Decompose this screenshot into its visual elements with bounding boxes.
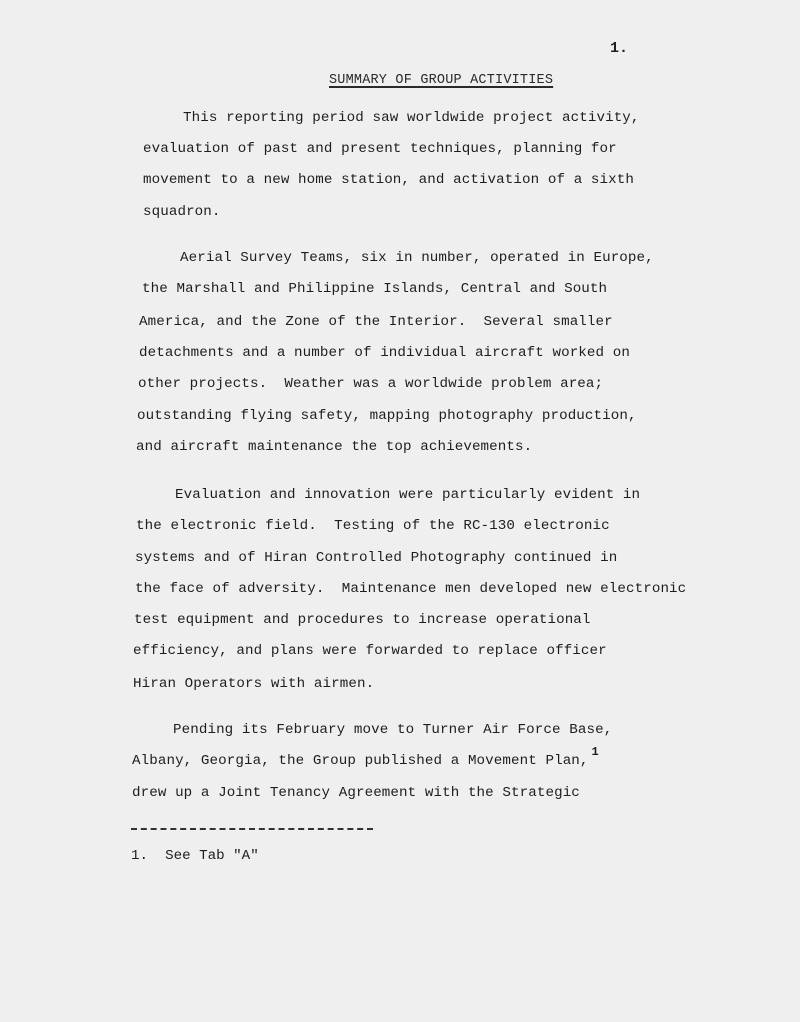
- paragraph-line: efficiency, and plans were forwarded to …: [133, 642, 607, 660]
- paragraph-line: movement to a new home station, and acti…: [143, 171, 634, 189]
- paragraph-line: Aerial Survey Teams, six in number, oper…: [180, 249, 654, 267]
- paragraph-line: drew up a Joint Tenancy Agreement with t…: [132, 784, 580, 802]
- paragraph-line: Pending its February move to Turner Air …: [173, 721, 612, 739]
- paragraph-line: detachments and a number of individual a…: [139, 344, 630, 362]
- paragraph-line: outstanding flying safety, mapping photo…: [137, 407, 637, 425]
- paragraph-line: Albany, Georgia, the Group published a M…: [132, 752, 599, 770]
- paragraph-line: This reporting period saw worldwide proj…: [183, 109, 640, 127]
- paragraph-line: America, and the Zone of the Interior. S…: [139, 313, 613, 331]
- document-page: 1. SUMMARY OF GROUP ACTIVITIES This repo…: [0, 0, 800, 1022]
- footnote-marker: 1: [592, 745, 599, 759]
- paragraph-line: test equipment and procedures to increas…: [134, 611, 591, 629]
- paragraph-line: other projects. Weather was a worldwide …: [138, 375, 603, 393]
- footnote-number: 1.: [131, 848, 148, 864]
- footnote: 1. See Tab "A": [131, 848, 259, 864]
- document-title: SUMMARY OF GROUP ACTIVITIES: [329, 73, 553, 88]
- paragraph-line: evaluation of past and present technique…: [143, 140, 617, 158]
- paragraph-line: Evaluation and innovation were particula…: [175, 486, 640, 504]
- footnote-divider: [131, 828, 373, 830]
- paragraph-line: Hiran Operators with airmen.: [133, 675, 374, 693]
- paragraph-line: the Marshall and Philippine Islands, Cen…: [142, 280, 607, 298]
- footnote-text: See Tab "A": [165, 848, 259, 864]
- paragraph-line: and aircraft maintenance the top achieve…: [136, 438, 532, 456]
- paragraph-line-text: Albany, Georgia, the Group published a M…: [132, 753, 589, 769]
- paragraph-line: squadron.: [143, 203, 221, 221]
- paragraph-line: systems and of Hiran Controlled Photogra…: [135, 549, 617, 567]
- paragraph-line: the electronic field. Testing of the RC-…: [136, 517, 610, 535]
- page-number: 1.: [610, 40, 628, 57]
- paragraph-line: the face of adversity. Maintenance men d…: [135, 580, 686, 598]
